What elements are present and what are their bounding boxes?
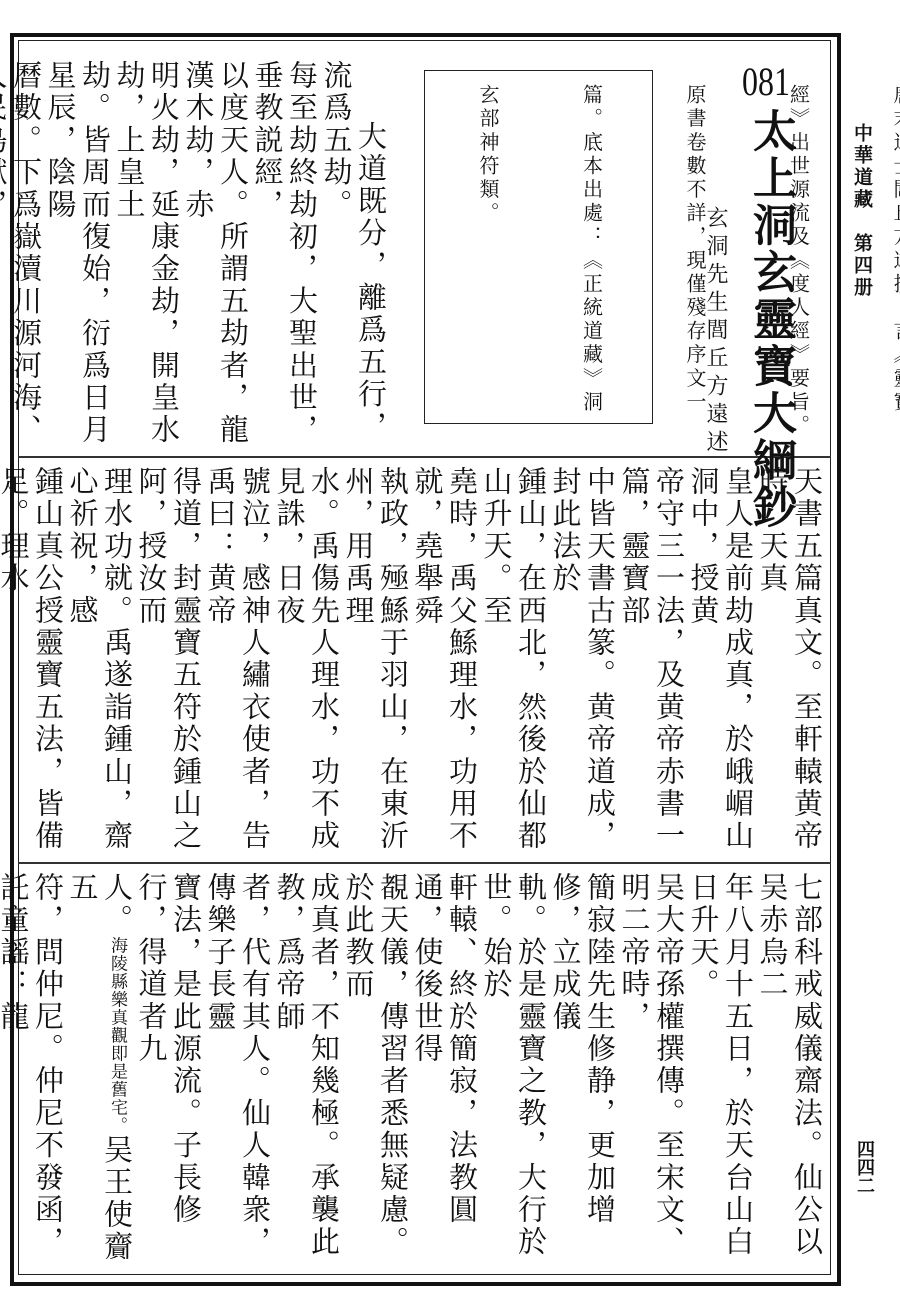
text-column: 簡寂陸先生修静，更加增修，立成儀 [548, 872, 617, 1272]
column-text: 水。禹傷先人理水，功不成見誅，日夜 [273, 466, 342, 852]
column-text: 堯時，禹父鯀理水，功用不就，堯舉舜 [411, 466, 480, 852]
text-column: 寶法，是此源流。子長修行，得道者九 [134, 872, 203, 1272]
text-column: 曆數。下爲嶽瀆川源河海、人民鳥獸， [0, 60, 43, 450]
text-column: 鍾山，在西北，然後於仙都山升天。至 [479, 466, 548, 856]
text-column: 劫。皆周而復始，衍爲日月星辰，陰陽 [43, 60, 112, 450]
column-text: 者，代有其人。仙人韓衆，傳樂子長靈 [204, 872, 273, 1258]
column-text: 中皆天書古篆。黄帝道成，封此法於 [549, 466, 618, 852]
text-column: 每至劫終劫初，大聖出世，垂教説經， [250, 60, 319, 450]
column-text: 天書五篇真文。至軒轅黄帝時，天真 [756, 466, 825, 852]
column-text: 軌。於是靈寶之教，大行於世。始於 [480, 872, 549, 1258]
page-number: 四四二 [851, 1140, 877, 1194]
column-text: 皇人是前劫成真，於峨嵋山洞中，授黄 [687, 466, 756, 852]
column-text: 成真者，不知幾極。承襲此教，爲帝師 [273, 872, 342, 1258]
text-column: 以度天人。所謂五劫者，龍漢木劫，赤 [181, 60, 250, 450]
text-column: 水。禹傷先人理水，功不成見誅，日夜 [272, 466, 341, 856]
text-column: 七部科戒威儀齋法。仙公以吴赤烏二 [755, 872, 824, 1272]
text-column: 符，問仲尼。仲尼不發函，託童謡：龍 [0, 872, 65, 1272]
column-text: 明火劫，延康金劫，開皇水劫，上皇土 [113, 60, 182, 446]
column-text: 曆數。下爲嶽瀆川源河海、人民鳥獸， [0, 60, 43, 446]
text-column: 人。海陵縣樂真觀即是舊宅。吴王使齎五 [65, 872, 134, 1272]
column-text: 符，問仲尼。仲尼不發函，託童謡：龍 [0, 872, 65, 1258]
text-column: 鍾山真公授靈寶五法，皆備足。理水 [0, 466, 65, 856]
column-text: 號泣，感神人繡衣使者，告禹曰：黄帝 [204, 466, 273, 852]
column-text: 理水功就。禹遂詣鍾山，齋心祈祝，感 [66, 466, 135, 852]
column-text: 帝守三一法，及黄帝赤書一篇，靈寶部 [618, 466, 687, 852]
text-column: 覩天儀，傳習者悉無疑慮。於此教而 [341, 872, 410, 1272]
column-text: 年八月十五日，於天台山白日升天。 [687, 872, 756, 1258]
column-text: 寶法，是此源流。子長修行，得道者九 [135, 872, 204, 1226]
summary-text: 經名：太上洞玄靈寶大綱鈔。 唐末道士閭丘方遠撰。言《靈寶 經》出世源流及《度人經… [436, 84, 900, 438]
text-column: 帝守三一法，及黄帝赤書一篇，靈寶部 [617, 466, 686, 856]
column-text: 吴大帝孫權撰傳。至宋文、明二帝時， [618, 872, 687, 1258]
column-text: 大道既分，離爲五行，流爲五劫。 [320, 60, 389, 443]
text-column: 得道，封靈寶五符於鍾山之阿，授汝而 [134, 466, 203, 856]
text-column: 明火劫，延康金劫，開皇水劫，上皇土 [112, 60, 181, 450]
text-column: 皇人是前劫成真，於峨嵋山洞中，授黄 [686, 466, 755, 856]
column-text: 簡寂陸先生修静，更加增修，立成儀 [549, 872, 618, 1226]
summary-column: 原書卷數不詳，現僅殘存序文一 [678, 84, 713, 438]
summary-column: 篇。底本出處：《正統道藏》洞 [574, 84, 609, 438]
section-divider-bottom [18, 862, 831, 864]
text-column: 軒轅、終於簡寂，法教圓通，使後世得 [410, 872, 479, 1272]
text-column: 號泣，感神人繡衣使者，告禹曰：黄帝 [203, 466, 272, 856]
text-column: 者，代有其人。仙人韓衆，傳樂子長靈 [203, 872, 272, 1272]
column-text: 鍾山，在西北，然後於仙都山升天。至 [480, 466, 549, 852]
column-text: 每至劫終劫初，大聖出世，垂教説經， [251, 60, 320, 446]
column-text: 以度天人。所謂五劫者，龍漢木劫，赤 [182, 60, 251, 446]
text-column: 軌。於是靈寶之教，大行於世。始於 [479, 872, 548, 1272]
summary-column: 唐末道士閭丘方遠撰。言《靈寶 [885, 84, 900, 438]
summary-column: 玄部神符類。 [471, 84, 506, 438]
text-column: 執政，殛鯀于羽山，在東沂州，用禹理 [341, 466, 410, 856]
text-column: 堯時，禹父鯀理水，功用不就，堯舉舜 [410, 466, 479, 856]
column-text: 鍾山真公授靈寶五法，皆備足。理水 [0, 466, 65, 852]
middle-text-section: 天書五篇真文。至軒轅黄帝時，天真皇人是前劫成真，於峨嵋山洞中，授黄帝守三一法，及… [28, 466, 824, 856]
bottom-text-section: 七部科戒威儀齋法。仙公以吴赤烏二年八月十五日，於天台山白日升天。吴大帝孫權撰傳。… [28, 872, 824, 1272]
column-text: 人。 [100, 872, 134, 936]
text-column: 吴大帝孫權撰傳。至宋文、明二帝時， [617, 872, 686, 1272]
column-text: 七部科戒威儀齋法。仙公以吴赤烏二 [756, 872, 825, 1258]
text-column: 年八月十五日，於天台山白日升天。 [686, 872, 755, 1272]
text-column: 成真者，不知幾極。承襲此教，爲帝師 [272, 872, 341, 1272]
column-text: 得道，封靈寶五符於鍾山之阿，授汝而 [135, 466, 204, 852]
top-text-section: 大道既分，離爲五行，流爲五劫。每至劫終劫初，大聖出世，垂教説經，以度天人。所謂五… [28, 60, 388, 450]
column-text: 劫。皆周而復始，衍爲日月星辰，陰陽 [44, 60, 113, 446]
summary-column: 經》出世源流及《度人經》要旨。 [781, 84, 816, 438]
column-text: 執政，殛鯀于羽山，在東沂州，用禹理 [342, 466, 411, 852]
text-column: 大道既分，離爲五行，流爲五劫。 [319, 60, 388, 450]
column-text: 覩天儀，傳習者悉無疑慮。於此教而 [342, 872, 411, 1258]
annotation-note: 海陵縣樂真觀即是舊宅。 [107, 936, 127, 1134]
column-text: 軒轅、終於簡寂，法教圓通，使後世得 [411, 872, 480, 1226]
text-column: 中皆天書古篆。黄帝道成，封此法於 [548, 466, 617, 856]
text-column: 理水功就。禹遂詣鍾山，齋心祈祝，感 [65, 466, 134, 856]
text-column: 天書五篇真文。至軒轅黄帝時，天真 [755, 466, 824, 856]
